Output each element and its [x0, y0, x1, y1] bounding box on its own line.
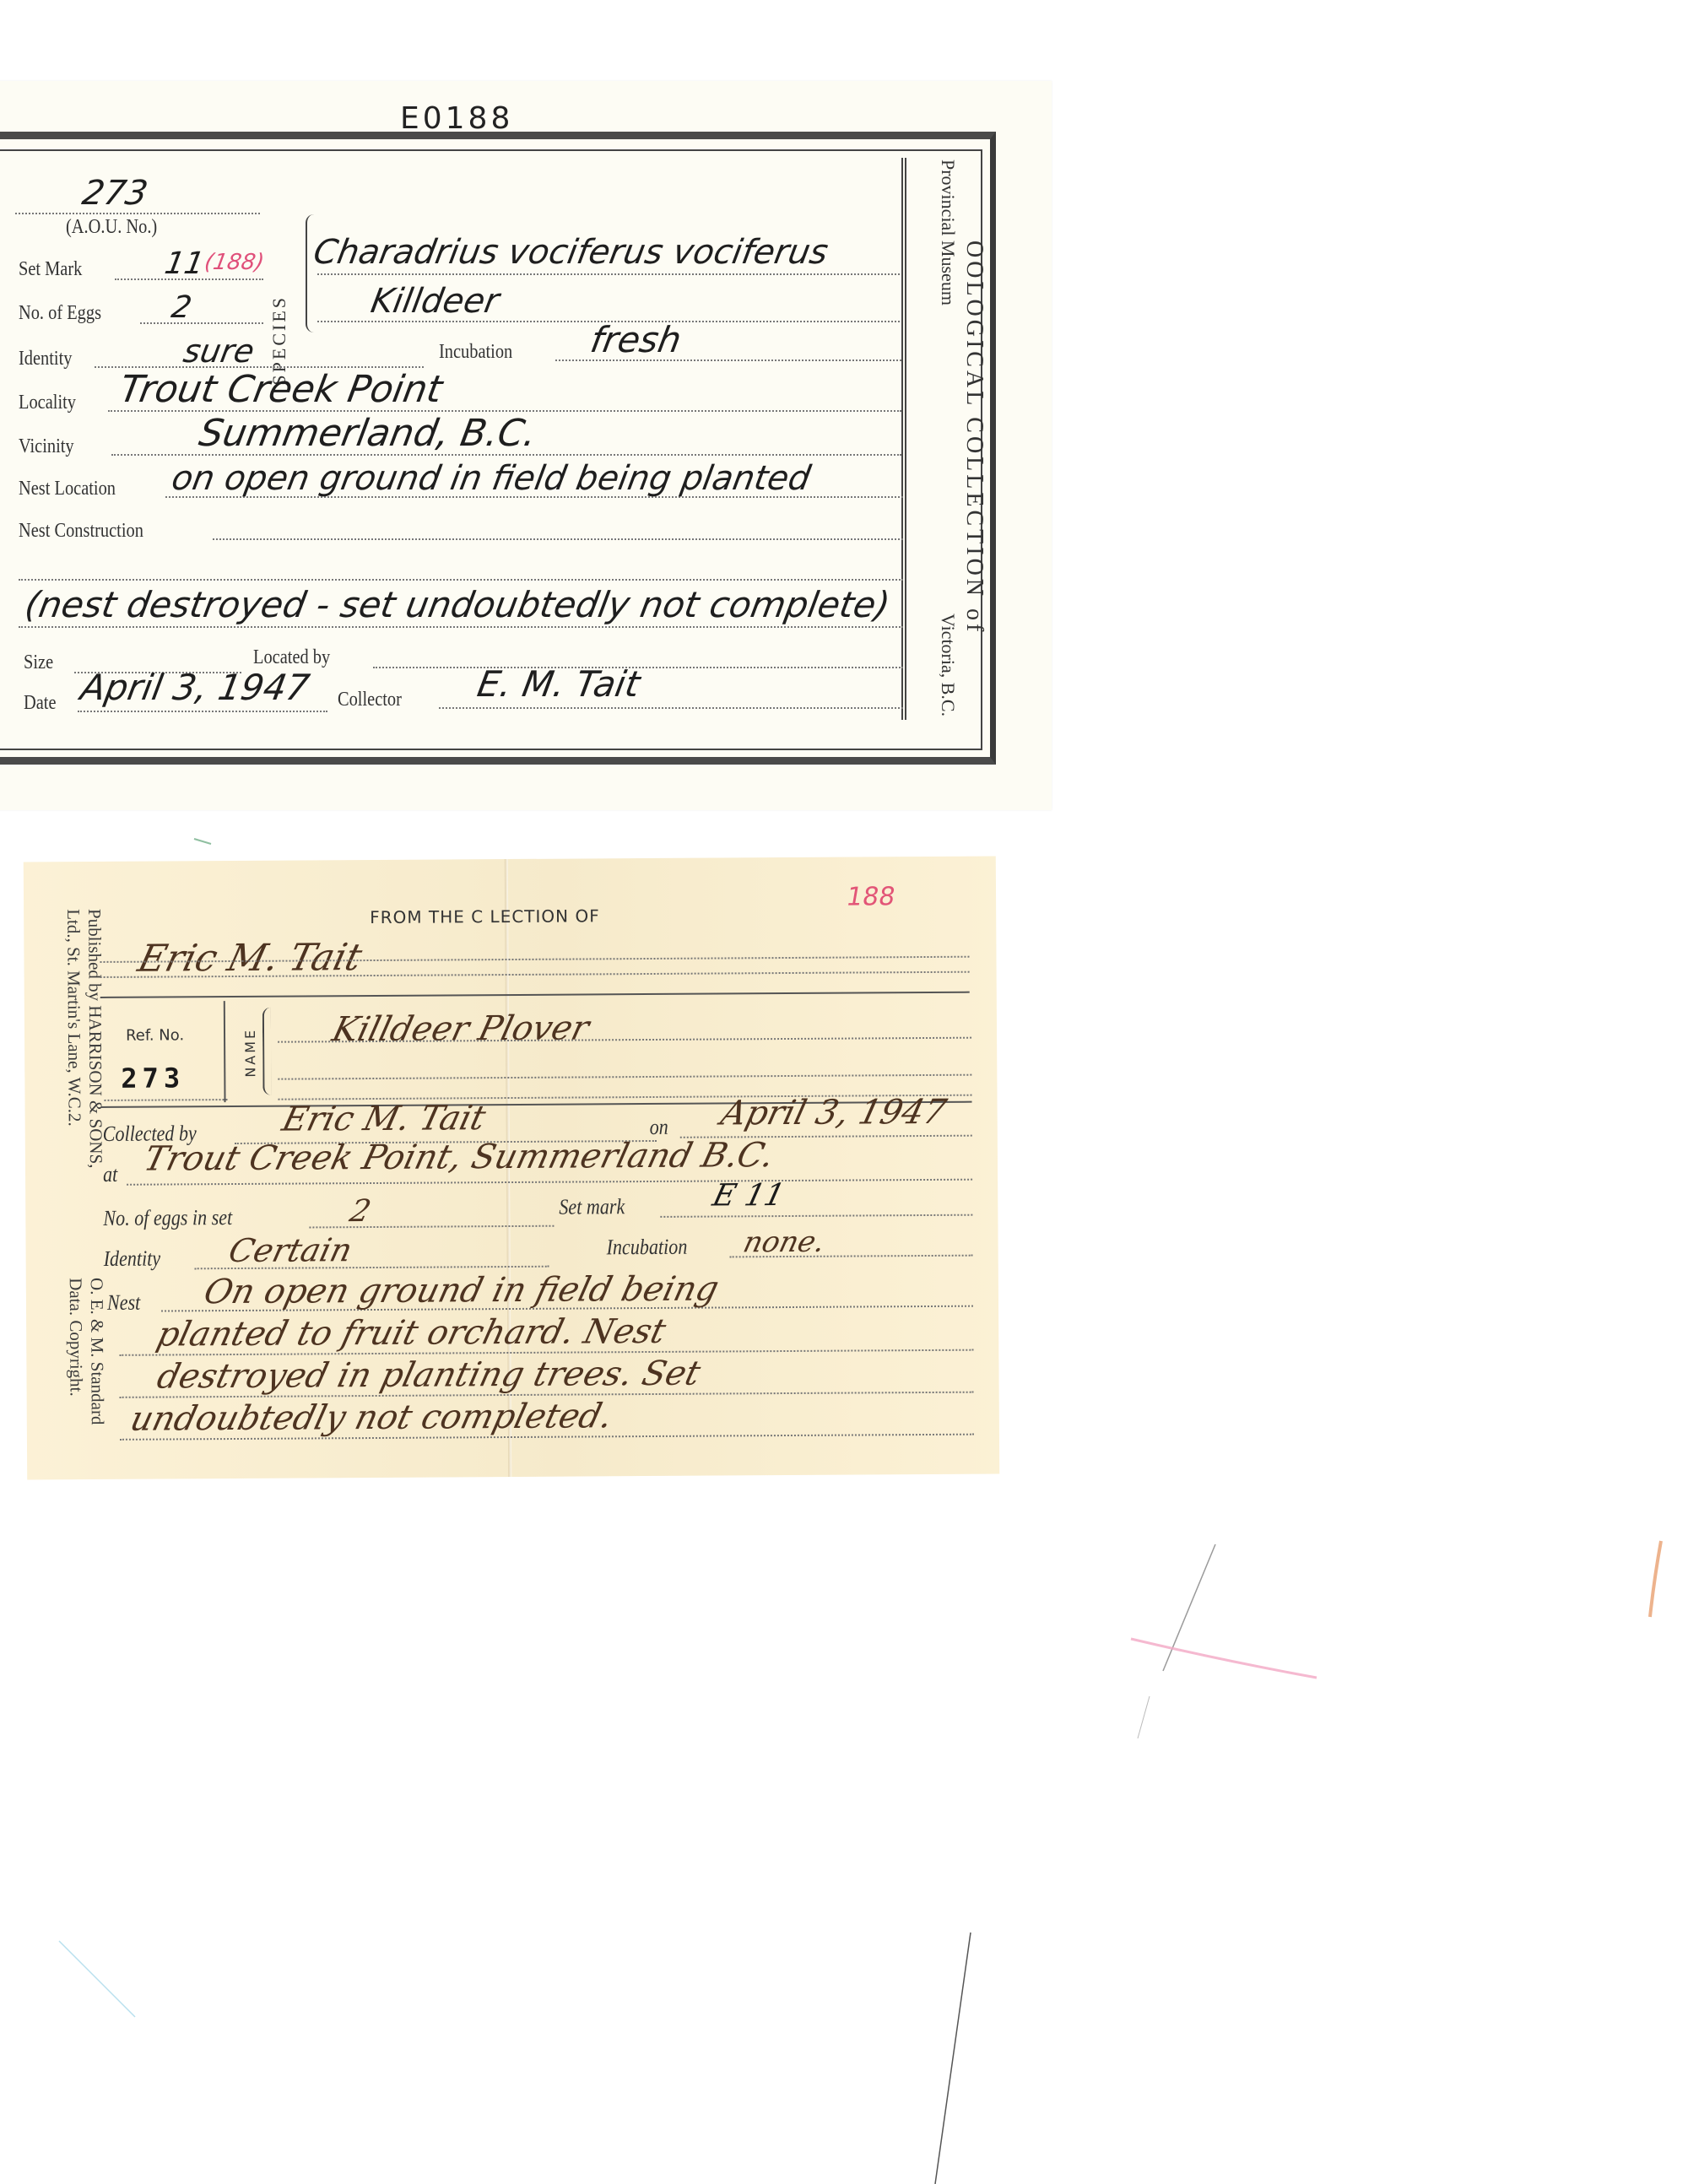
pencil-stroke-2 — [1138, 1696, 1150, 1738]
pink-smudge — [1131, 1639, 1317, 1678]
orange-smudge — [1650, 1541, 1661, 1617]
green-fleck — [194, 839, 211, 844]
pencil-stroke-3 — [935, 1933, 971, 2184]
scan-artifacts — [0, 0, 1688, 2184]
blue-fleck — [59, 1941, 135, 2017]
